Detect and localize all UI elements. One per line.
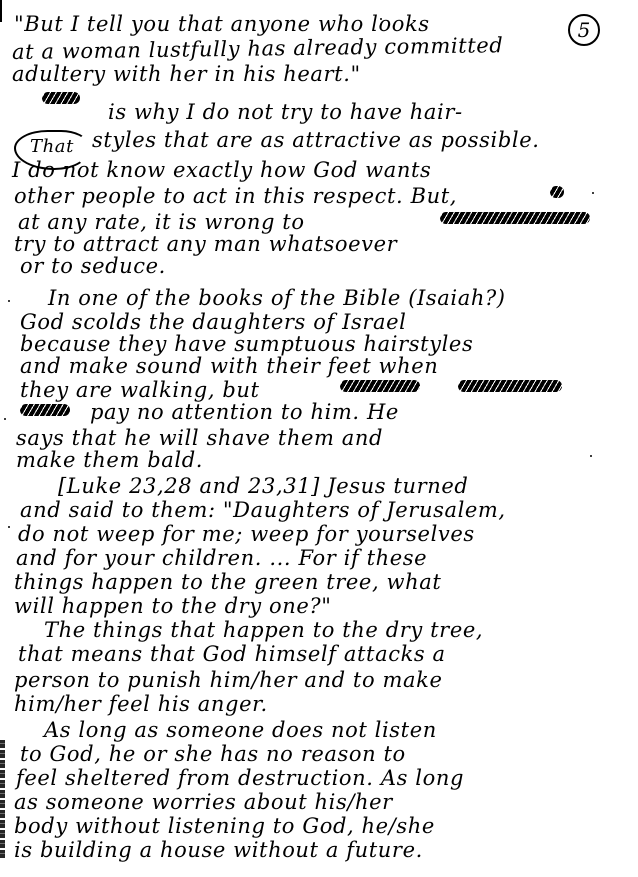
crossed-out-word: [42, 92, 80, 104]
scan-speck: [4, 418, 6, 420]
page-number: 5: [568, 14, 600, 46]
text-line: [Luke 23,28 and 23,31] Jesus turned: [58, 476, 468, 497]
scan-speck: [592, 192, 594, 194]
scan-speck: [590, 455, 592, 457]
scan-speck: [8, 526, 10, 528]
scan-speck: [8, 300, 10, 302]
text-line: they are walking, but: [20, 380, 260, 401]
crossed-out-word: [550, 186, 564, 198]
text-line: and said to them: "Daughters of Jerusale…: [20, 500, 506, 521]
text-line: at a woman lustfully has already committ…: [12, 35, 504, 63]
text-line: or to seduce.: [20, 256, 166, 277]
text-line: feel sheltered from destruction. As long: [16, 768, 464, 789]
text-line: and for your children. ... For if these: [16, 548, 427, 569]
text-line: because they have sumptuous hairstyles: [20, 334, 473, 355]
text-line: God scolds the daughters of Israel: [20, 312, 406, 333]
text-line: says that he will shave them and: [16, 428, 383, 449]
scan-edge-shadow: [0, 740, 5, 860]
text-line: as someone worries about his/her: [14, 792, 393, 813]
text-line: him/her feel his anger.: [14, 694, 268, 715]
text-line: try to attract any man whatsoever: [14, 234, 397, 255]
handwritten-page: 5 "But I tell you that anyone who looks …: [0, 0, 638, 877]
text-line: "But I tell you that anyone who looks: [14, 14, 430, 35]
text-line: to God, he or she has no reason to: [20, 744, 406, 765]
text-line: things happen to the green tree, what: [14, 572, 441, 593]
text-line: In one of the books of the Bible (Isaiah…: [48, 288, 506, 309]
crossed-out-word: [458, 380, 562, 392]
text-line: As long as someone does not listen: [44, 720, 437, 741]
crossed-out-word: [340, 380, 420, 392]
inserted-word: That: [30, 138, 74, 156]
text-line: is why I do not try to have hair-: [108, 102, 463, 123]
text-line: The things that happen to the dry tree,: [44, 620, 483, 641]
text-line: and make sound with their feet when: [20, 356, 438, 377]
text-line: styles that are as attractive as possibl…: [92, 130, 540, 151]
text-line: do not weep for me; weep for yourselves: [18, 524, 475, 545]
text-line: I do not know exactly how God wants: [12, 160, 431, 181]
crossed-out-word: [20, 404, 70, 416]
text-line: body without listening to God, he/she: [14, 816, 435, 837]
text-line: make them bald.: [16, 450, 203, 471]
text-line: other people to act in this respect. But…: [14, 186, 457, 207]
text-line: pay no attention to him. He: [90, 402, 399, 423]
scan-edge-mark: [0, 0, 2, 22]
text-line: is building a house without a future.: [14, 840, 423, 861]
text-line: adultery with her in his heart.": [12, 64, 361, 85]
text-line: will happen to the dry one?": [14, 596, 332, 617]
crossed-out-word: [440, 212, 590, 224]
text-line: at any rate, it is wrong to: [18, 212, 305, 233]
text-line: that means that God himself attacks a: [18, 644, 446, 665]
text-line: person to punish him/her and to make: [14, 670, 442, 691]
